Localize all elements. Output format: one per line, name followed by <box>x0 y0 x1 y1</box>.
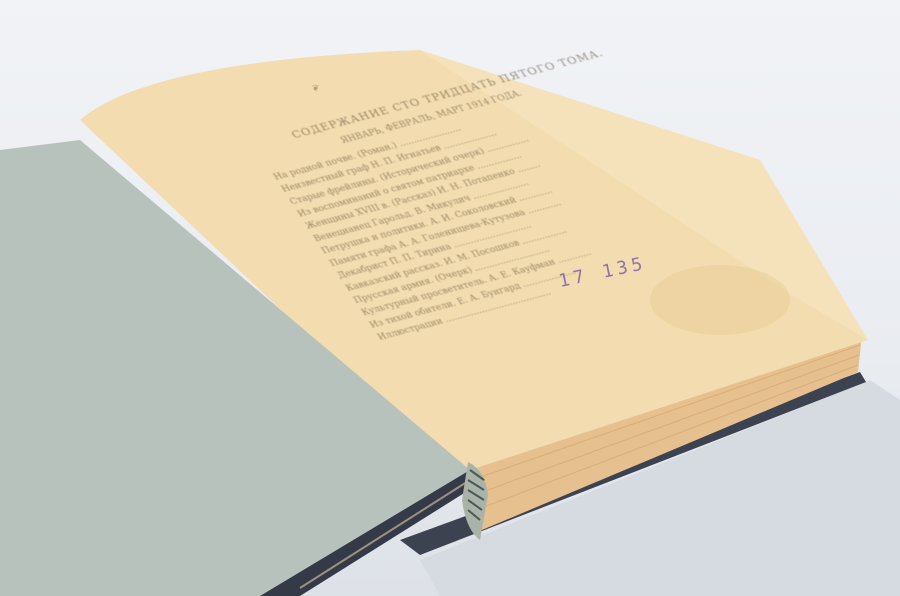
book-photo: ❦ СОДЕРЖАНИЕ СТО ТРИДЦАТЬ ПЯТОГО ТОМА. Я… <box>0 0 900 596</box>
page-ornament: ❦ <box>312 84 320 94</box>
